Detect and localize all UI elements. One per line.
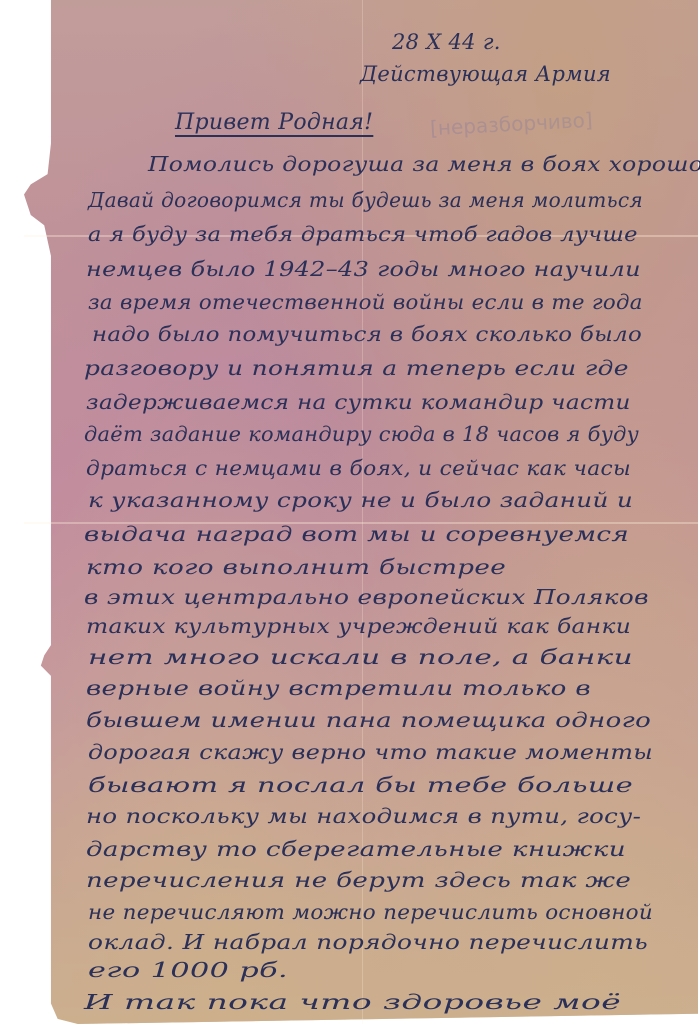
letter-line: таких культурных учреждений как банки (86, 614, 631, 638)
letter-line: перечисления не берут здесь так же (86, 868, 631, 892)
letter-line: его 1000 рб. (88, 958, 288, 982)
letter-line: бывают я послал бы тебе больше (88, 773, 633, 797)
letter-date: 28 X 44 г. (392, 30, 501, 54)
letter-line: немцев было 1942–43 годы много научили (86, 257, 641, 281)
letter-line: нет много искали в поле, а банки (88, 645, 633, 669)
letter-location: Действующая Армия (360, 62, 611, 86)
letter-line: кто кого выполнит быстрее (86, 555, 506, 579)
letter-line: надо было помучиться в боях сколько было (92, 322, 642, 346)
letter-line: дорогая скажу верно что такие моменты (88, 740, 653, 764)
letter-line: оклад. И набрал порядочно перечислить (88, 930, 648, 954)
letter-line: И так пока что здоровье моё (84, 990, 621, 1014)
letter-salutation: Привет Родная! (175, 110, 373, 135)
letter-line: а я буду за тебя драться чтоб гадов лучш… (88, 222, 638, 246)
letter-line: верные войну встретили только в (86, 676, 591, 700)
letter-line: драться с немцами в боях, и сейчас как ч… (86, 456, 631, 480)
letter-line: но поскольку мы находимся в пути, госу- (86, 804, 641, 828)
letter-line: Помолись дорогуша за меня в боях хорошо (148, 152, 700, 176)
letter-line: бывшем имении пана помещика одного (86, 708, 651, 732)
letter-line: задерживаемся на сутки командир части (86, 390, 631, 414)
letter-line: выдача наград вот мы и соревнуемся (84, 522, 629, 546)
letter-line: за время отечественной войны если в те г… (88, 290, 643, 314)
letter-line: не перечисляют можно перечислить основно… (88, 900, 653, 924)
letter-line: даёт задание командиру сюда в 18 часов я… (84, 422, 639, 446)
letter-line: к указанному сроку не и было заданий и (88, 488, 633, 512)
letter-line: в этих центрально европейских Поляков (84, 585, 649, 609)
letter-line: Давай договоримся ты будешь за меня моли… (88, 188, 643, 212)
letter-line: дарству то сберегательные книжки (86, 837, 626, 861)
letter-line: разговору и понятия а теперь если где (84, 356, 629, 380)
